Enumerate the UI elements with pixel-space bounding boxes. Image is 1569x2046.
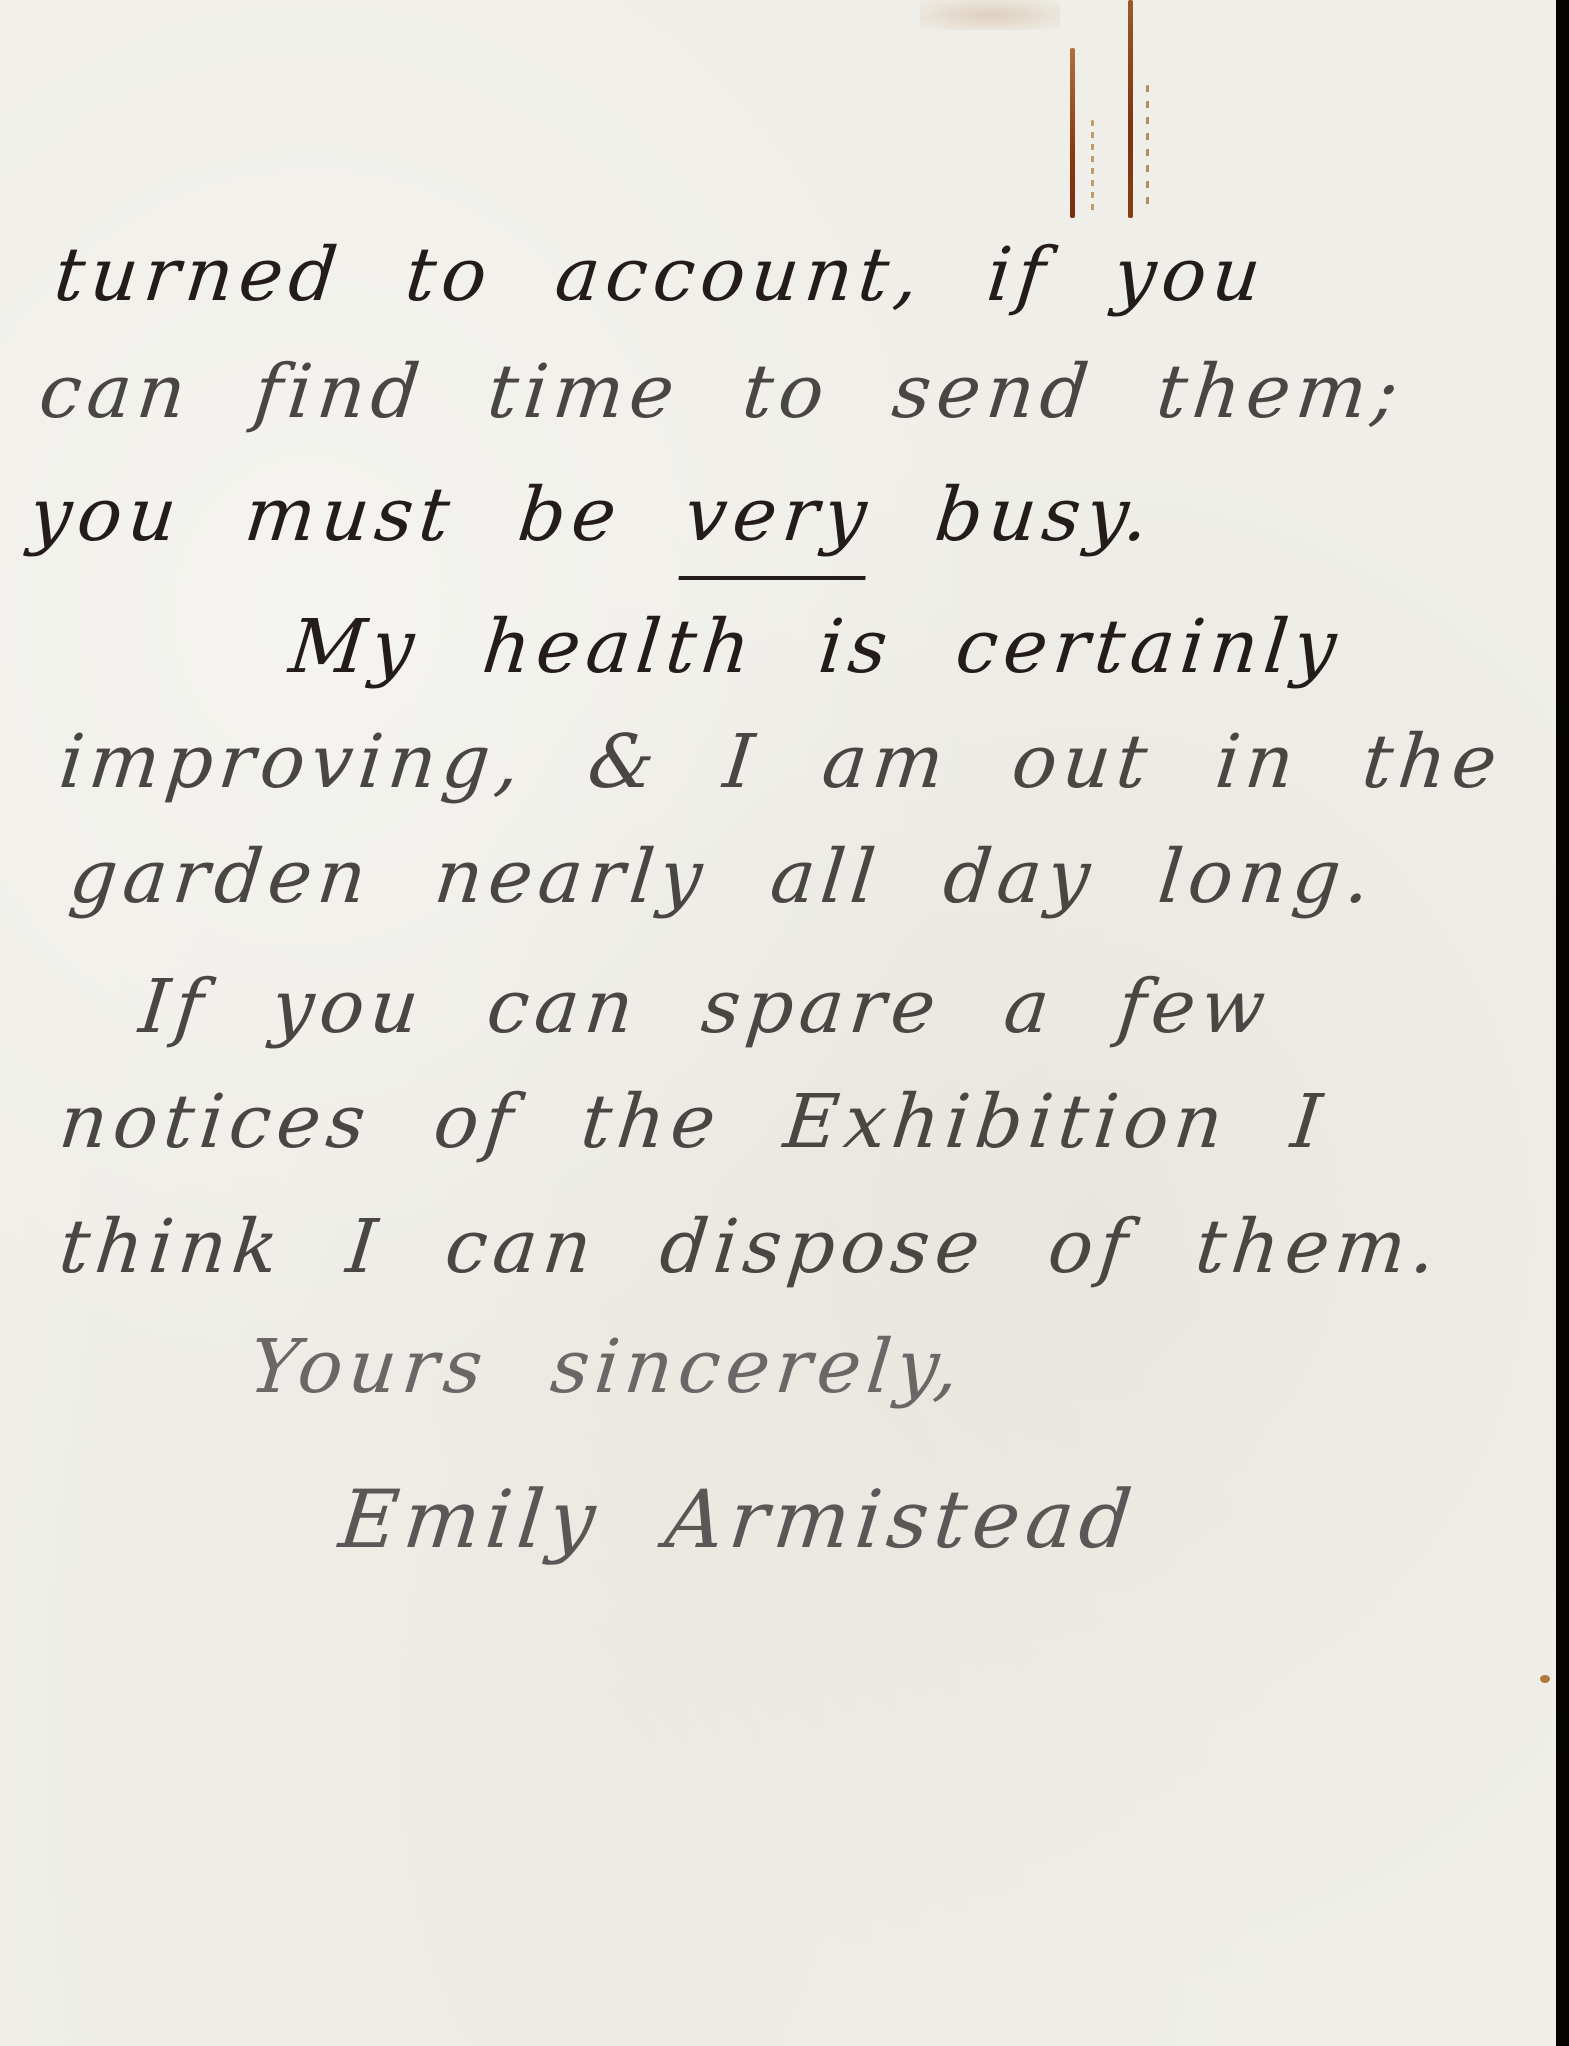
letter-line-6: garden nearly all day long. bbox=[66, 840, 1379, 914]
letter-line-3: you must be very busy. bbox=[26, 478, 1158, 552]
letter-line-4: My health is certainly bbox=[286, 610, 1345, 684]
line-3-start: you must be bbox=[25, 472, 689, 558]
rust-stain bbox=[920, 0, 1060, 30]
letter-line-9: think I can dispose of them. bbox=[56, 1210, 1445, 1284]
scan-edge-border bbox=[1556, 0, 1569, 2046]
underlined-word-very: very bbox=[681, 472, 877, 558]
rust-stain bbox=[1070, 48, 1075, 218]
rust-stain bbox=[1146, 85, 1149, 210]
rust-stain bbox=[1540, 1675, 1550, 1683]
letter-line-7: If you can spare a few bbox=[136, 970, 1275, 1044]
letter-closing: Yours sincerely, bbox=[246, 1330, 968, 1404]
rust-stain bbox=[1128, 0, 1133, 218]
letter-line-1: turned to account, if you bbox=[51, 238, 1270, 312]
line-3-end: busy. bbox=[868, 472, 1159, 558]
letter-line-2: can find time to send them; bbox=[36, 355, 1407, 429]
rust-stain bbox=[1091, 120, 1094, 215]
letter-line-8: notices of the Exhibition I bbox=[56, 1085, 1331, 1159]
letter-line-5: improving, & I am out in the bbox=[56, 725, 1506, 799]
letter-page: turned to account, if you can find time … bbox=[0, 0, 1556, 2046]
signature: Emily Armistead bbox=[336, 1480, 1141, 1560]
